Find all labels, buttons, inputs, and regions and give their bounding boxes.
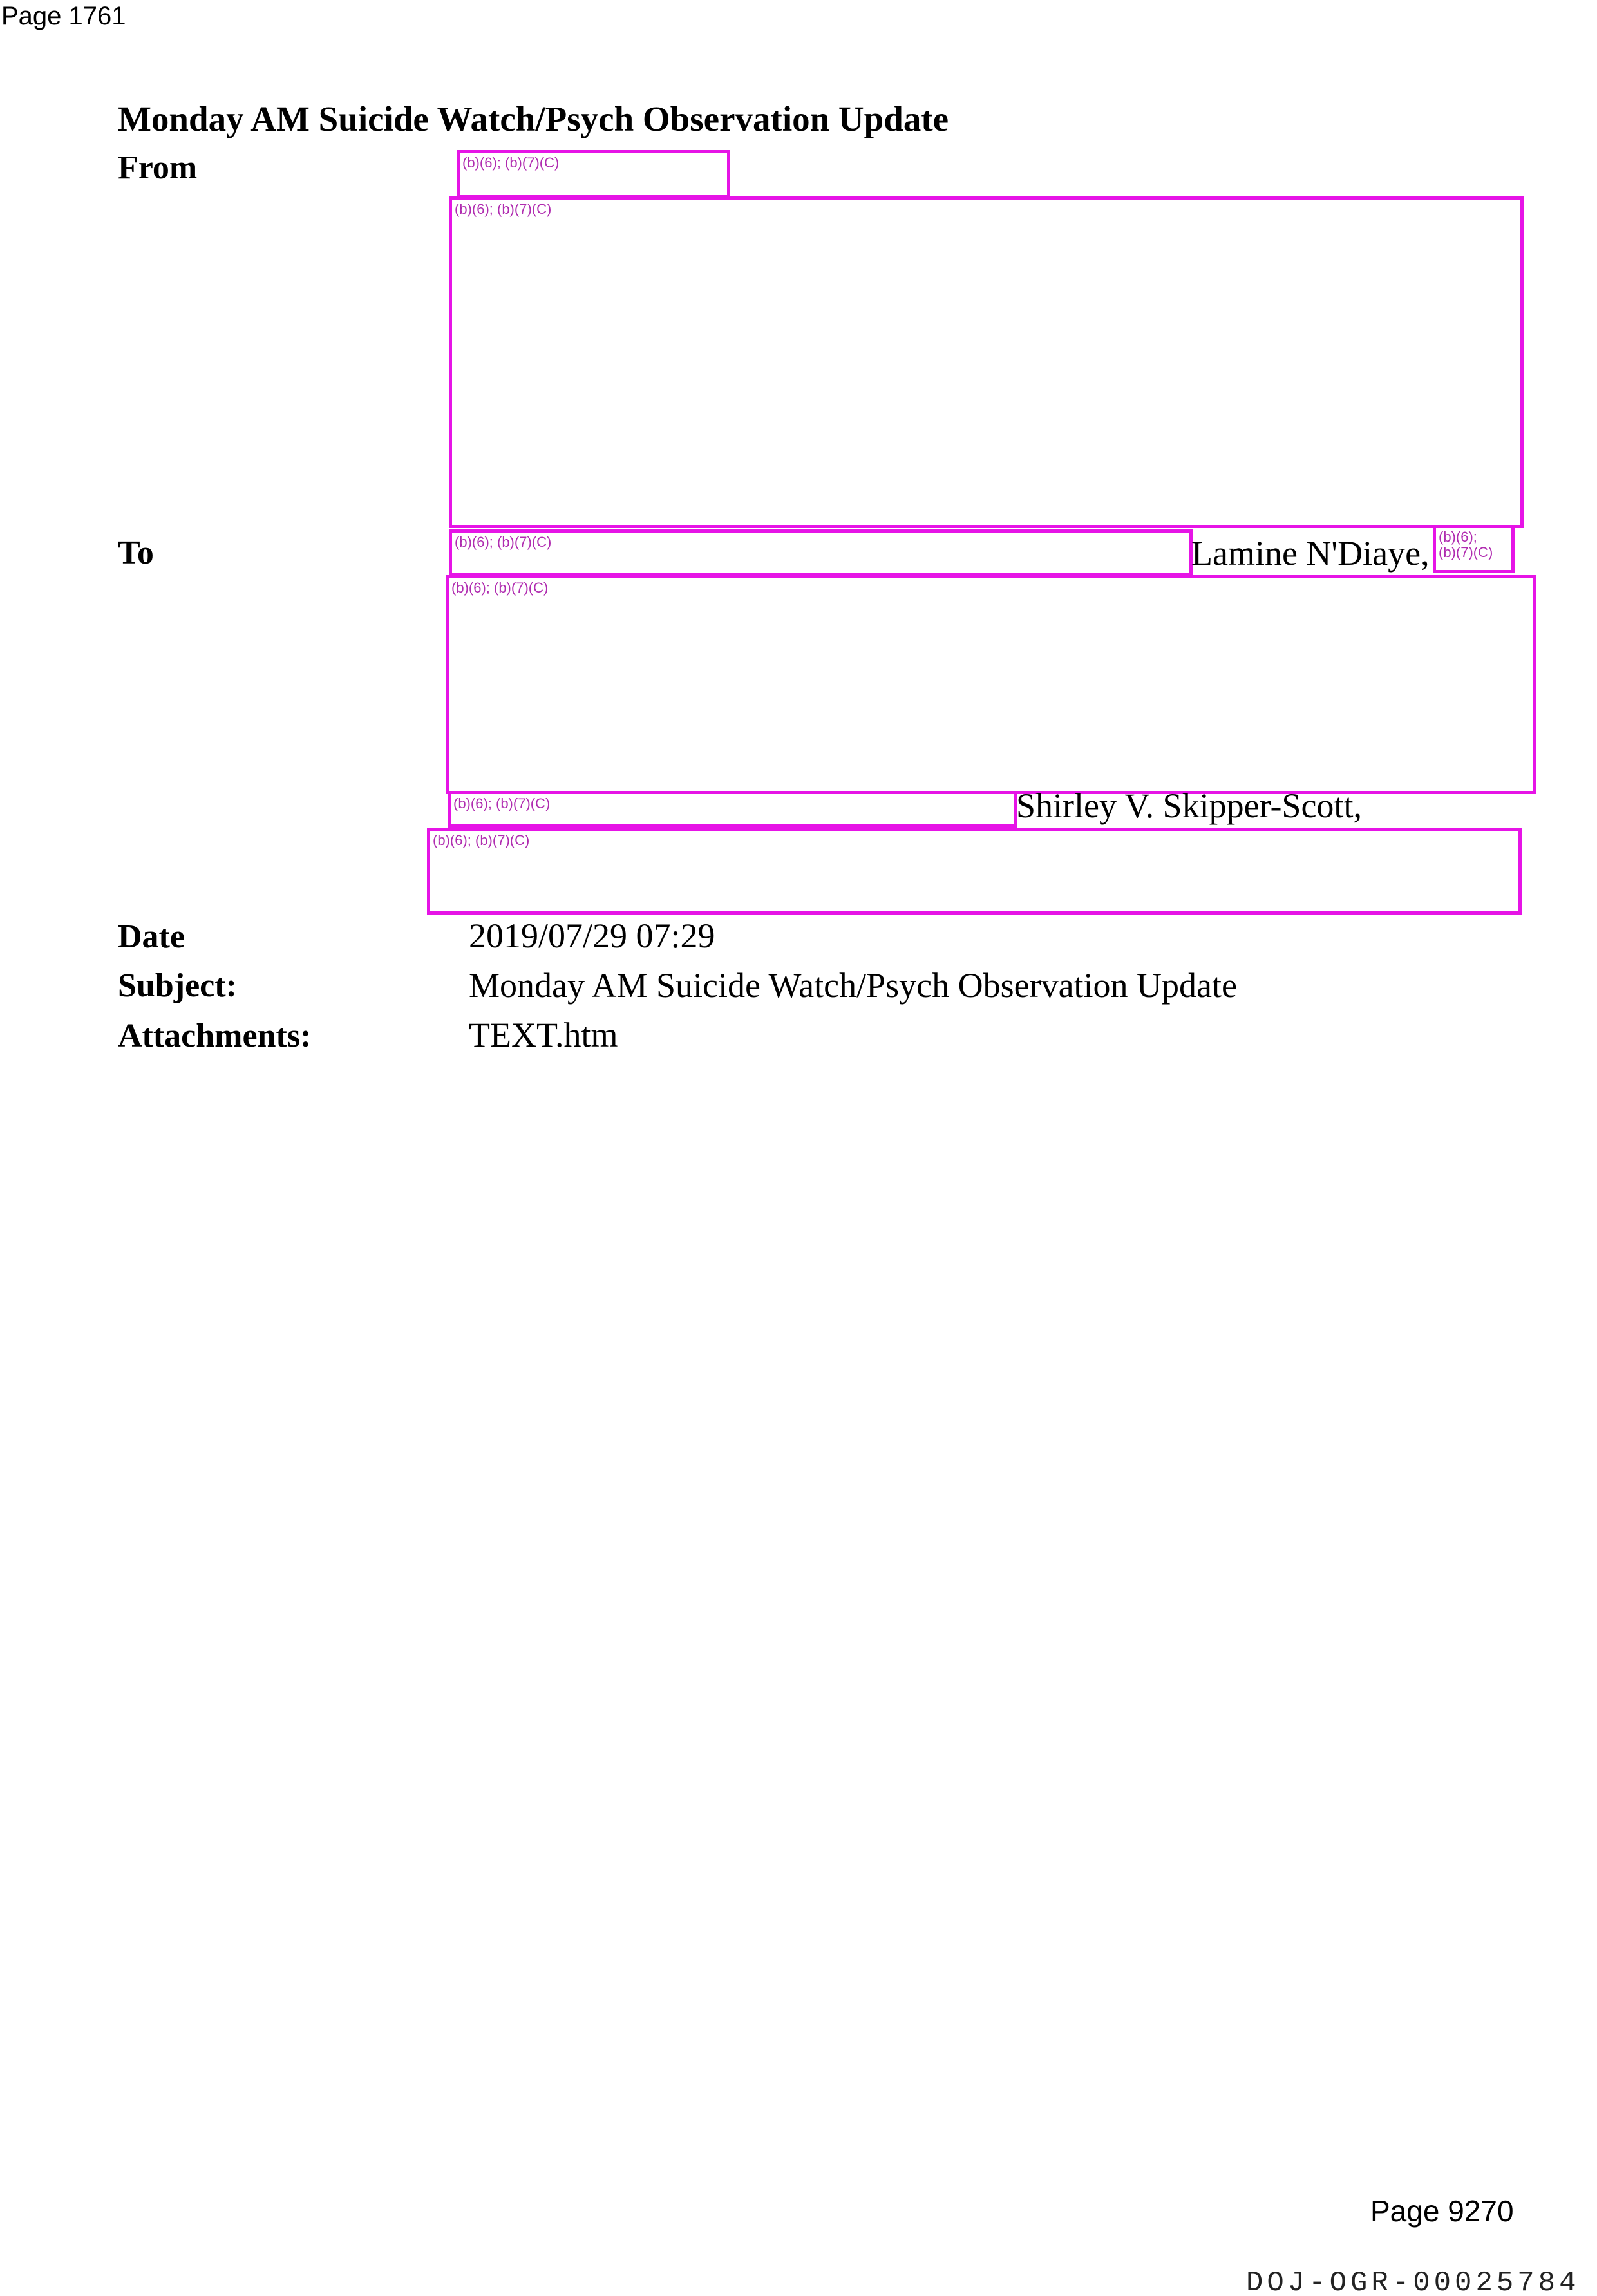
redaction-to-2: (b)(6); (b)(7)(C) — [1433, 525, 1515, 573]
date-value: 2019/07/29 07:29 — [469, 915, 715, 957]
attachment-file: TEXT.htm — [469, 1014, 618, 1056]
to-label: To — [118, 532, 154, 574]
redaction-to-4: (b)(6); (b)(7)(C) — [448, 791, 1017, 828]
attachments-label: Attachments: — [118, 1015, 311, 1058]
redaction-to-3: (b)(6); (b)(7)(C) — [446, 575, 1536, 794]
redaction-code-line-2: (b)(7)(C) — [1439, 545, 1493, 560]
redaction-code: (b)(6); (b)(7)(C) — [455, 534, 551, 551]
subject-value: Monday AM Suicide Watch/Psych Observatio… — [469, 964, 1237, 1007]
source-page-number: Page 1761 — [1, 0, 126, 32]
redaction-to-1: (b)(6); (b)(7)(C) — [449, 529, 1193, 576]
redaction-code: (b)(6); (b)(7)(C) — [451, 580, 548, 596]
redaction-from-1: (b)(6); (b)(7)(C) — [457, 150, 730, 198]
date-label: Date — [118, 916, 185, 958]
redaction-code-line-1: (b)(6); — [1439, 529, 1477, 545]
redaction-code: (b)(6); (b)(7)(C) — [453, 795, 550, 812]
redaction-code: (b)(6); (b)(7)(C) — [455, 201, 551, 218]
page-number: Page 9270 — [1370, 2193, 1514, 2229]
document-title: Monday AM Suicide Watch/Psych Observatio… — [118, 97, 949, 142]
redaction-code: (b)(6); (b)(7)(C) — [433, 832, 529, 849]
subject-label: Subject: — [118, 965, 237, 1007]
redaction-code: (b)(6); (b)(7)(C) — [462, 155, 559, 171]
bates-number: DOJ-OGR-00025784 — [1246, 2267, 1580, 2296]
recipient-name: Lamine N'Diaye, — [1191, 532, 1430, 574]
redaction-from-2: (b)(6); (b)(7)(C) — [449, 196, 1524, 528]
from-label: From — [118, 147, 197, 189]
recipient-name: Shirley V. Skipper-Scott, — [1016, 784, 1362, 827]
redaction-to-5: (b)(6); (b)(7)(C) — [427, 828, 1522, 915]
